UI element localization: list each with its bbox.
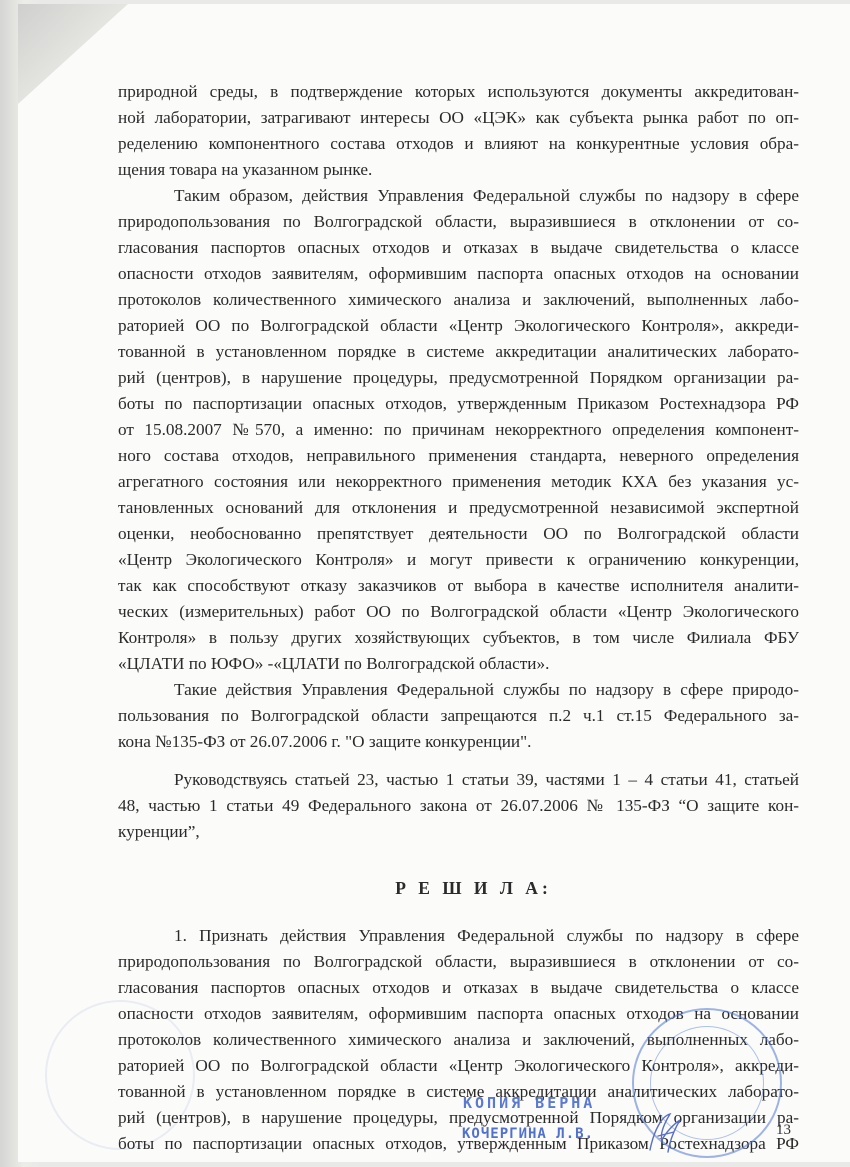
text-line: кона №135-ФЗ от 26.07.2006 г. "О защите … bbox=[118, 729, 799, 755]
text-line: рий (центров), в нарушение процедуры, пр… bbox=[118, 365, 799, 391]
spacer bbox=[118, 755, 799, 767]
text-line: гласования паспортов опасных отходов и о… bbox=[118, 235, 799, 261]
paragraph: Такие действия Управления Федеральной сл… bbox=[118, 677, 799, 755]
copy-certified-stamp: КОПИЯ ВЕРНА bbox=[463, 1094, 595, 1112]
document-body: природной среды, в подтверждение которых… bbox=[118, 79, 799, 1157]
text-line: пользования по Волгоградской области зап… bbox=[118, 703, 799, 729]
text-line: ределению компонентного состава отходов … bbox=[118, 131, 799, 157]
text-line: Руководствуясь статьей 23, частью 1 стат… bbox=[118, 767, 799, 793]
text-line: тановленных оснований для отклонения и п… bbox=[118, 495, 799, 521]
text-line: ного состава отходов, неправильного прим… bbox=[118, 443, 799, 469]
text-line: куренции”, bbox=[118, 819, 799, 845]
text-line: так как способствуют отказу заказчиков о… bbox=[118, 573, 799, 599]
text-line: Такие действия Управления Федеральной сл… bbox=[118, 677, 799, 703]
text-line: оценки, необоснованно препятствует деяте… bbox=[118, 521, 799, 547]
decision-heading: Р Е Ш И Л А: bbox=[118, 875, 799, 901]
page-number: 13 bbox=[776, 1122, 791, 1139]
text-line: гласования паспортов опасных отходов и о… bbox=[118, 975, 799, 1001]
text-line: 1. Признать действия Управления Федераль… bbox=[118, 923, 799, 949]
paragraph: природной среды, в подтверждение которых… bbox=[118, 79, 799, 183]
paragraph: Таким образом, действия Управления Федер… bbox=[118, 183, 799, 677]
text-line: «Центр Экологического Контроля» и могут … bbox=[118, 547, 799, 573]
text-line: «ЦЛАТИ по ЮФО» -«ЦЛАТИ по Волгоградской … bbox=[118, 651, 799, 677]
spacer bbox=[118, 901, 799, 923]
text-line: агрегатного состояния или некорректного … bbox=[118, 469, 799, 495]
spacer bbox=[118, 845, 799, 875]
text-line: Контроля» в пользу других хозяйствующих … bbox=[118, 625, 799, 651]
page-fold-corner bbox=[18, 4, 128, 104]
text-line: от 15.08.2007 №570, а именно: по причина… bbox=[118, 417, 799, 443]
text-line: ной лаборатории, затрагивают интересы ОО… bbox=[118, 105, 799, 131]
text-line: щения товара на указанном рынке. bbox=[118, 157, 799, 183]
text-line: тованной в установленном порядке в систе… bbox=[118, 339, 799, 365]
text-line: боты по паспортизации опасных отходов, у… bbox=[118, 391, 799, 417]
text-line: Таким образом, действия Управления Федер… bbox=[118, 183, 799, 209]
text-line: опасности отходов заявителям, оформившим… bbox=[118, 261, 799, 287]
paragraph: Руководствуясь статьей 23, частью 1 стат… bbox=[118, 767, 799, 845]
text-line: природной среды, в подтверждение которых… bbox=[118, 79, 799, 105]
text-line: раторией ОО по Волгоградской области «Це… bbox=[118, 313, 799, 339]
text-line: природопользования по Волгоградской обла… bbox=[118, 209, 799, 235]
certifier-name-stamp: КОЧЕРГИНА Л.В. bbox=[462, 1126, 594, 1142]
text-line: 48, частью 1 статьи 49 Федерального зако… bbox=[118, 793, 799, 819]
signature-icon bbox=[640, 1110, 688, 1158]
text-line: ческих (измерительных) работ ОО по Волго… bbox=[118, 599, 799, 625]
text-line: протоколов количественного химического а… bbox=[118, 287, 799, 313]
text-line: природопользования по Волгоградской обла… bbox=[118, 949, 799, 975]
